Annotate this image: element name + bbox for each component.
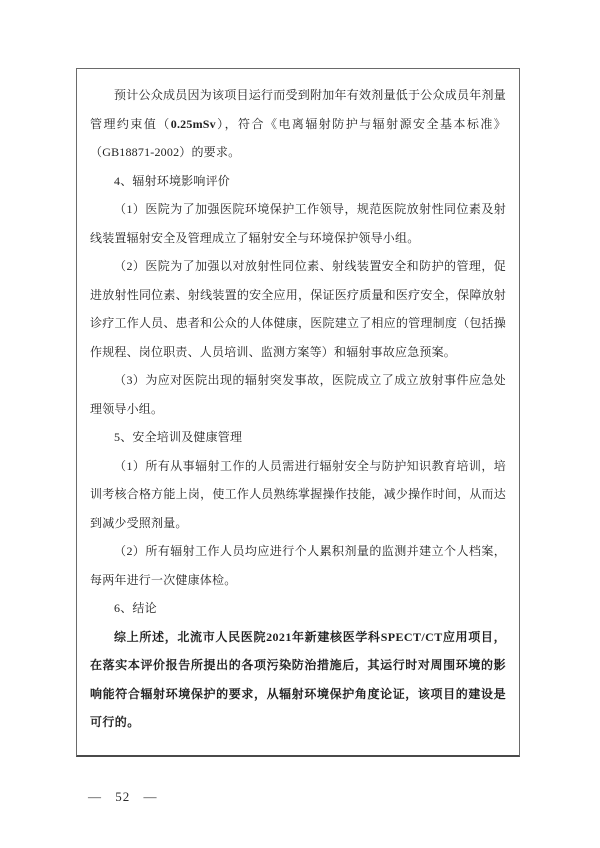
paragraph-conclusion: 综上所述，北流市人民医院2021年新建核医学科SPECT/CT应用项目，在落实本… [90, 623, 506, 737]
paragraph-management-system: （2）医院为了加强以对放射性同位素、射线装置安全和防护的管理，促进放射性同位素、… [90, 252, 506, 366]
paragraph-emergency-group: （3）为应对医院出现的辐射突发事故，医院成立了成立放射事件应急处理领导小组。 [90, 366, 506, 423]
section-heading-safety-training: 5、安全培训及健康管理 [90, 423, 506, 452]
paragraph-leadership-group: （1）医院为了加强医院环境保护工作领导，规范医院放射性同位素及射线装置辐射安全及… [90, 195, 506, 252]
page-number: — 52 — [88, 789, 158, 805]
section-heading-radiation-env-impact: 4、辐射环境影响评价 [90, 167, 506, 196]
paragraph-dose-monitoring: （2）所有辐射工作人员均应进行个人累积剂量的监测并建立个人档案，每两年进行一次健… [90, 537, 506, 594]
paragraph-public-dose: 预计公众成员因为该项目运行而受到附加年有效剂量低于公众成员年剂量管理约束值（0.… [90, 81, 506, 167]
bordered-content-area: 预计公众成员因为该项目运行而受到附加年有效剂量低于公众成员年剂量管理约束值（0.… [76, 68, 520, 757]
section-heading-conclusion: 6、结论 [90, 594, 506, 623]
document-page: 预计公众成员因为该项目运行而受到附加年有效剂量低于公众成员年剂量管理约束值（0.… [0, 0, 600, 848]
dose-limit-value: 0.25mSv [171, 117, 216, 131]
paragraph-training-requirement: （1）所有从事辐射工作的人员需进行辐射安全与防护知识教育培训，培训考核合格方能上… [90, 452, 506, 538]
